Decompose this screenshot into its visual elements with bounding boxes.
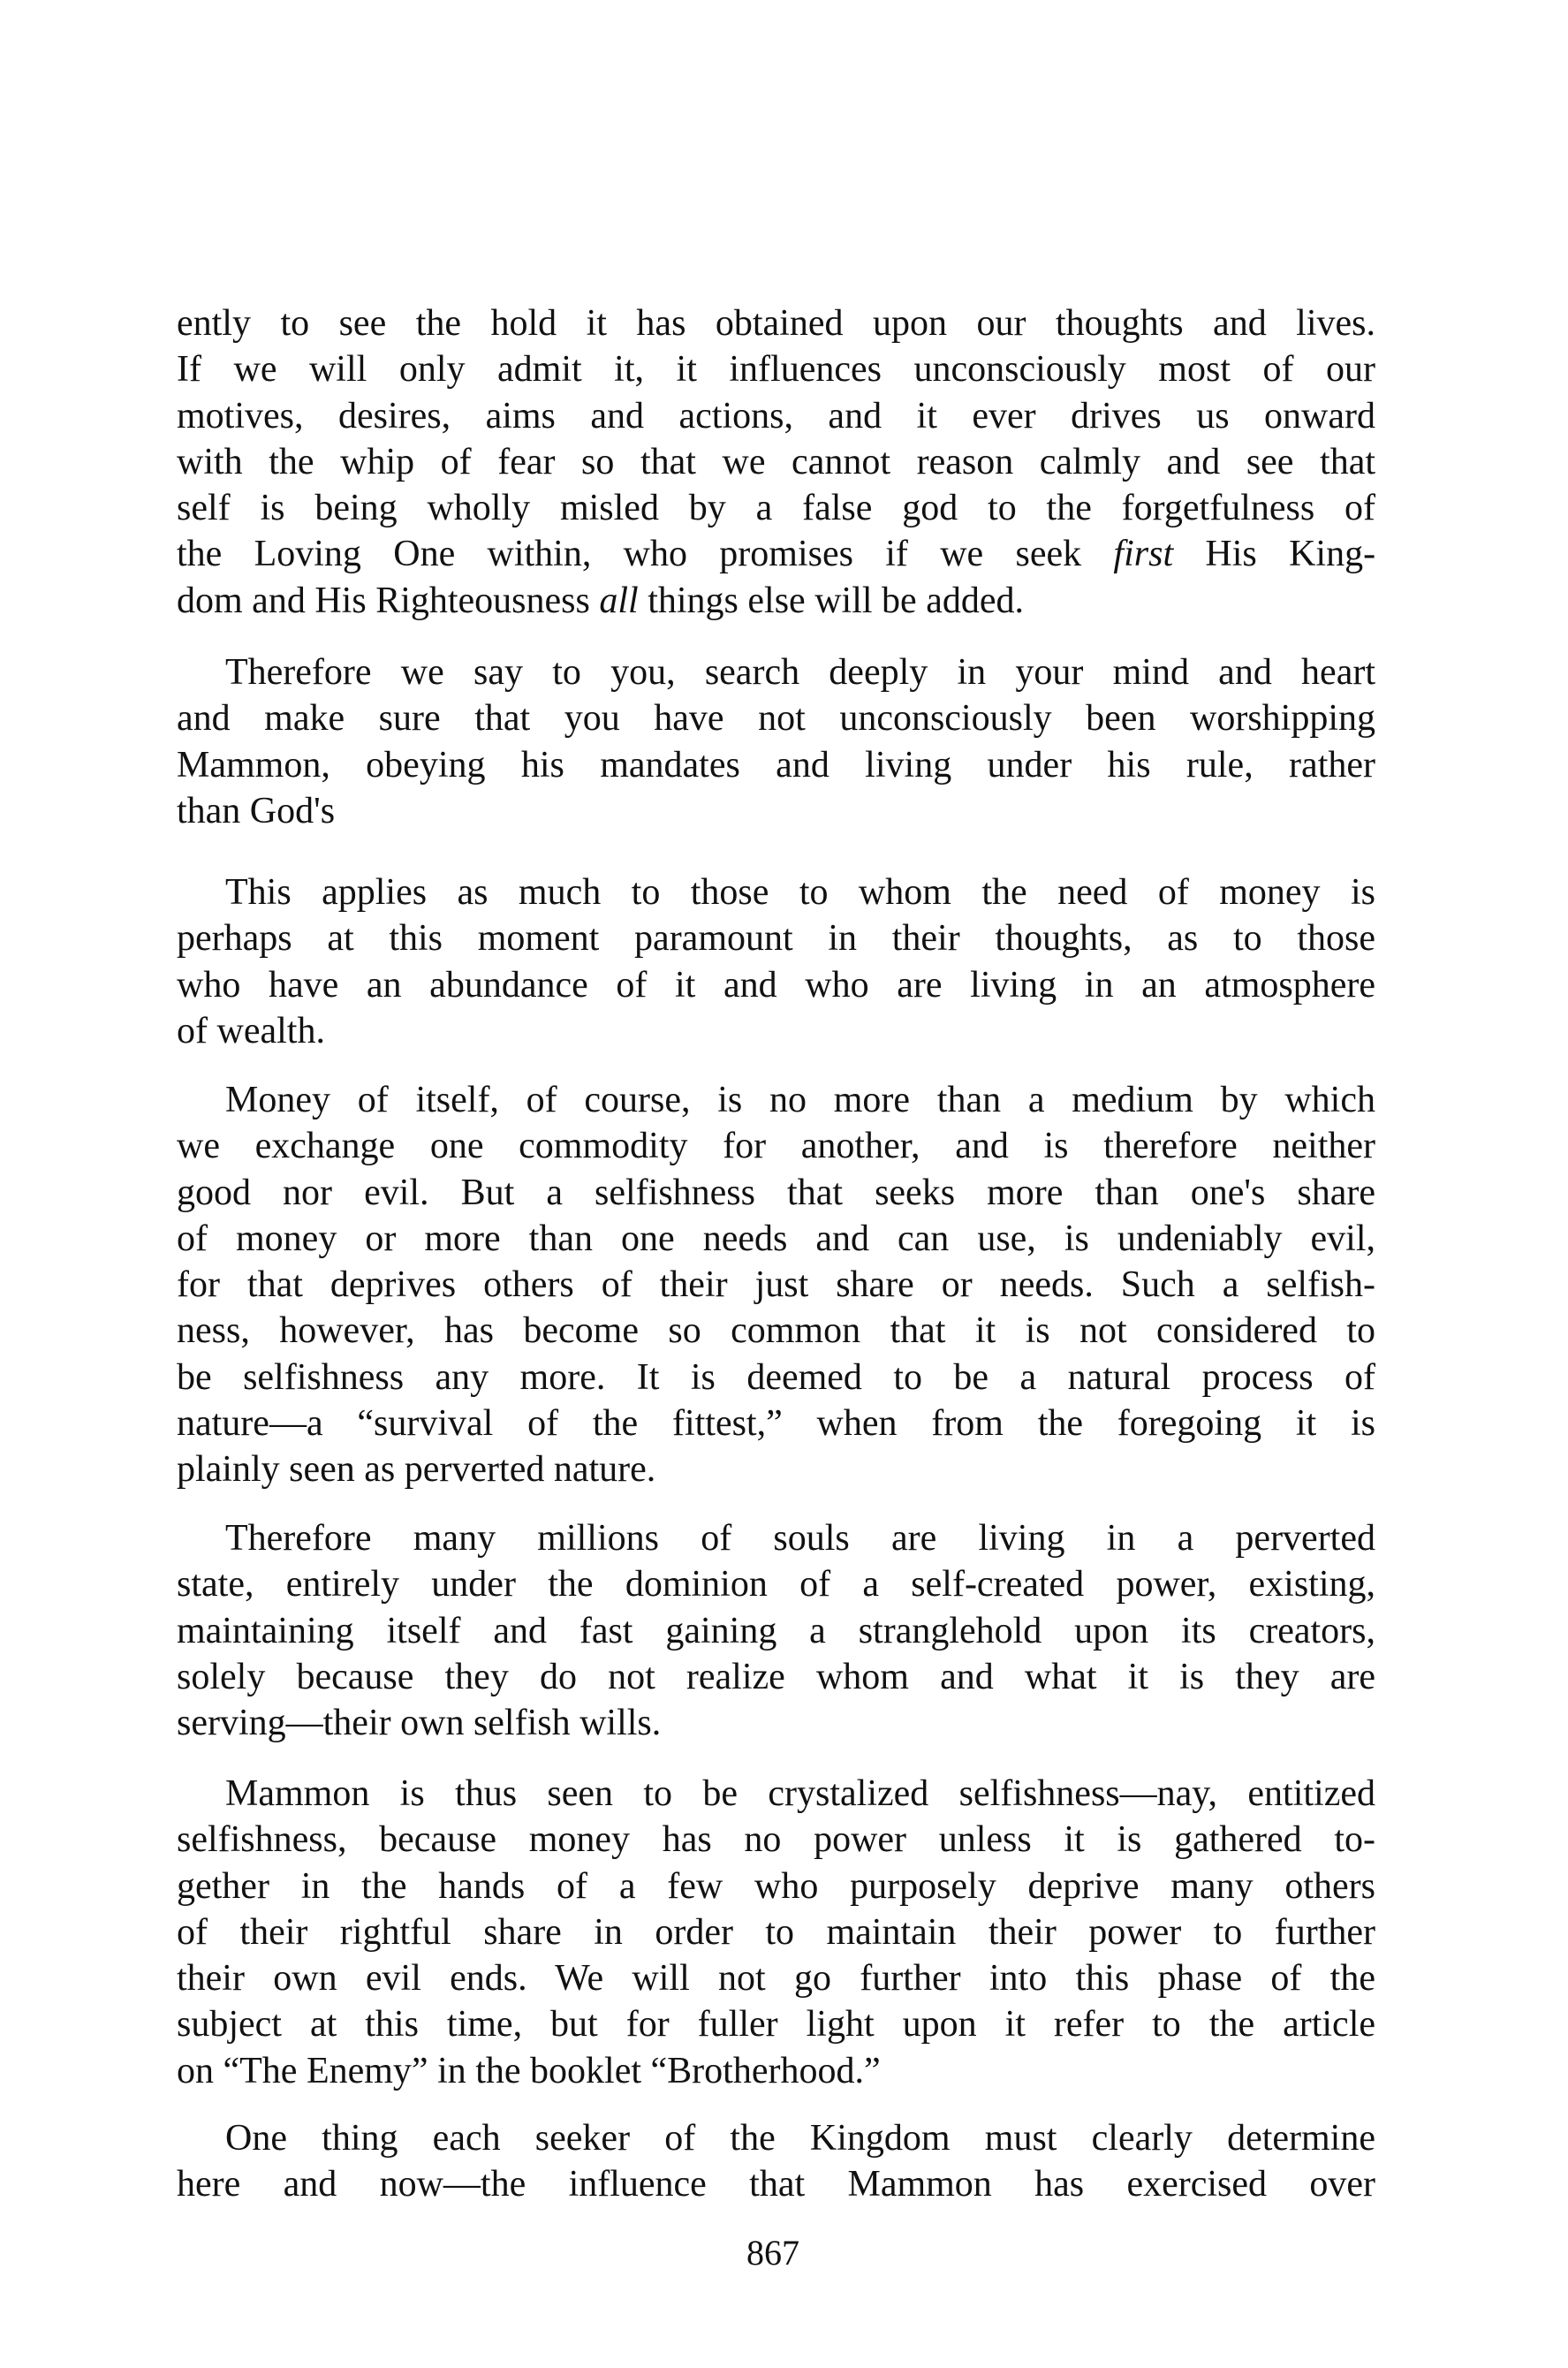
text-line: This applies as much to those to whom th… xyxy=(177,869,1375,915)
paragraph-1: ently to see the hold it has obtained up… xyxy=(177,300,1375,624)
text-line: nature—a “survival of the fittest,” when… xyxy=(177,1400,1375,1446)
text-line: maintaining itself and fast gaining a st… xyxy=(177,1608,1375,1654)
text-line: solely because they do not realize whom … xyxy=(177,1654,1375,1700)
paragraph-6: Mammon is thus seen to be crystalized se… xyxy=(177,1771,1375,2094)
text-line: of their rightful share in order to main… xyxy=(177,1909,1375,1955)
paragraph-2: Therefore we say to you, search deeply i… xyxy=(177,649,1375,834)
text-line: plainly seen as perverted nature. xyxy=(177,1446,1375,1492)
text-line: of money or more than one needs and can … xyxy=(177,1216,1375,1262)
text-line: the Loving One within, who promises if w… xyxy=(177,531,1375,577)
text-line: ently to see the hold it has obtained up… xyxy=(177,300,1375,346)
paragraph-4: Money of itself, of course, is no more t… xyxy=(177,1077,1375,1493)
text-line: motives, desires, aims and actions, and … xyxy=(177,393,1375,439)
text-line: self is being wholly misled by a false g… xyxy=(177,485,1375,531)
paragraph-5: Therefore many millions of souls are liv… xyxy=(177,1515,1375,1746)
text-line: subject at this time, but for fuller lig… xyxy=(177,2001,1375,2047)
text-line: than God's xyxy=(177,788,1375,834)
text-line: Therefore many millions of souls are liv… xyxy=(177,1515,1375,1561)
text-line: gether in the hands of a few who purpose… xyxy=(177,1863,1375,1909)
text-line: who have an abundance of it and who are … xyxy=(177,962,1375,1008)
text-line: If we will only admit it, it influences … xyxy=(177,346,1375,392)
text-line: state, entirely under the dominion of a … xyxy=(177,1561,1375,1607)
paragraph-3: This applies as much to those to whom th… xyxy=(177,869,1375,1054)
text-line: ness, however, has become so common that… xyxy=(177,1308,1375,1354)
text-line: Mammon, obeying his mandates and living … xyxy=(177,742,1375,788)
text-line: their own evil ends. We will not go furt… xyxy=(177,1955,1375,2001)
text-line: and make sure that you have not unconsci… xyxy=(177,695,1375,741)
text-line: One thing each seeker of the Kingdom mus… xyxy=(177,2115,1375,2161)
book-page: ently to see the hold it has obtained up… xyxy=(0,0,1568,2368)
text-line: Money of itself, of course, is no more t… xyxy=(177,1077,1375,1123)
text-line: of wealth. xyxy=(177,1008,1375,1054)
paragraph-7: One thing each seeker of the Kingdom mus… xyxy=(177,2115,1375,2208)
italic-emphasis: all xyxy=(599,581,638,621)
text-line: here and now—the influence that Mammon h… xyxy=(177,2161,1375,2207)
text-line: with the whip of fear so that we cannot … xyxy=(177,439,1375,485)
text-line: be selfishness any more. It is deemed to… xyxy=(177,1355,1375,1400)
text-line: perhaps at this moment paramount in thei… xyxy=(177,915,1375,961)
text-line: we exchange one commodity for another, a… xyxy=(177,1123,1375,1169)
text-line: Therefore we say to you, search deeply i… xyxy=(177,649,1375,695)
text-line: good nor evil. But a selfishness that se… xyxy=(177,1170,1375,1216)
text-line: serving—their own selfish wills. xyxy=(177,1700,1375,1746)
text-line: for that deprives others of their just s… xyxy=(177,1262,1375,1308)
page-number: 867 xyxy=(685,2234,861,2273)
text-line: on “The Enemy” in the booklet “Brotherho… xyxy=(177,2048,1375,2094)
text-line: selfishness, because money has no power … xyxy=(177,1817,1375,1863)
text-line: Mammon is thus seen to be crystalized se… xyxy=(177,1771,1375,1817)
italic-emphasis: first xyxy=(1113,534,1173,574)
text-line: dom and His Righteousness all things els… xyxy=(177,578,1375,624)
